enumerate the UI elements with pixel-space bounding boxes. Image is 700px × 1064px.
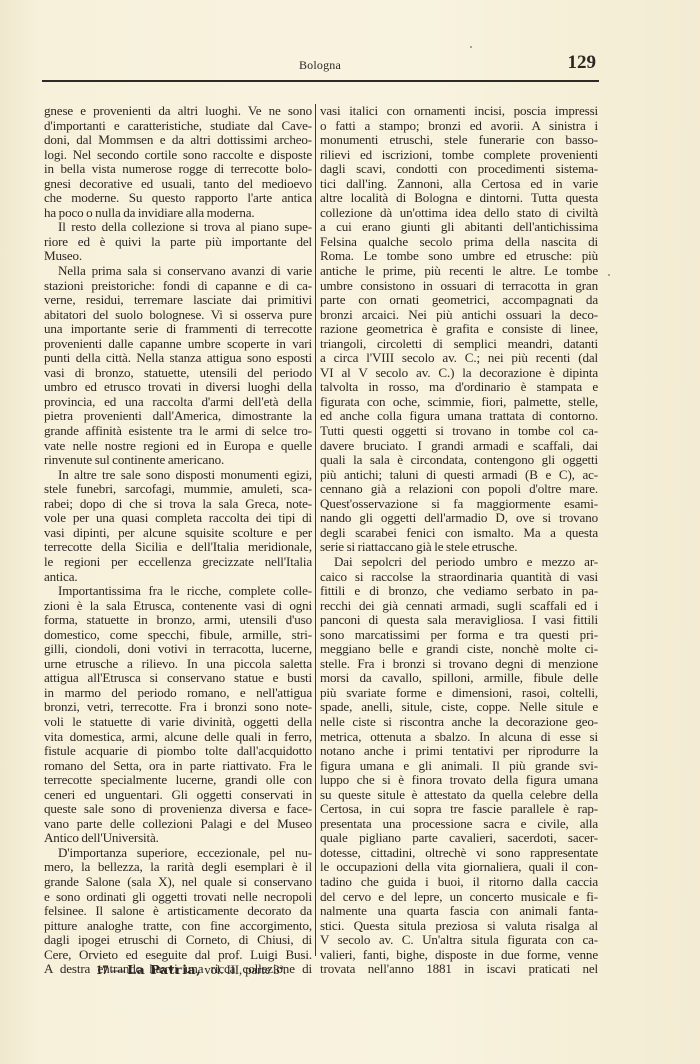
text-line: abitatori del suolo bolognese. Vi si oss… bbox=[44, 308, 312, 323]
paragraph: Il resto della collezione si trova al pi… bbox=[44, 220, 312, 264]
text-line: logi. Nel secondo cortile sono raccolte … bbox=[44, 148, 312, 163]
text-line: gnesi decorative ed usuali, tanto del me… bbox=[44, 177, 312, 192]
text-line: dagli scavi, condotti con procedimenti s… bbox=[320, 162, 598, 177]
text-line: grande Salone (sala X), nel quale si con… bbox=[44, 875, 312, 890]
text-line: Tutti questi oggetti si trovano in tombe… bbox=[320, 424, 598, 439]
text-line: collezione dà un'ottima idea dello stato… bbox=[320, 206, 598, 221]
paragraph: D'importanza superiore, eccezionale, pel… bbox=[44, 846, 312, 977]
text-line: triangoli, circoletti di semplici meandr… bbox=[320, 337, 598, 352]
paragraph: Nella prima sala si conservano avanzi di… bbox=[44, 264, 312, 468]
running-title: Bologna bbox=[42, 58, 598, 73]
left-text-column: gnese e provenienti da altri luoghi. Ve … bbox=[44, 104, 312, 977]
right-text-column: vasi italici con ornamenti incisi, posci… bbox=[320, 104, 598, 977]
text-line: pietra provenienti dall'America, dimostr… bbox=[44, 409, 312, 424]
text-line: degli scarabei fenici con ismalto. Ma a … bbox=[320, 526, 598, 541]
text-line: valieri, fanti, bighe, disposte in due f… bbox=[320, 948, 598, 963]
text-line: figura umana e gli animali. Il più grand… bbox=[320, 759, 598, 774]
text-line: cennano già a relazioni con popoli d'olt… bbox=[320, 482, 598, 497]
text-line: forma, statuette in bronzo, armi, utensi… bbox=[44, 613, 312, 628]
text-line: talvolta in rosso, ma d'ordinario è stam… bbox=[320, 380, 598, 395]
text-line: Cere, Orvieto ed eseguite dal prof. Luig… bbox=[44, 948, 312, 963]
text-line: terrecotte specialmente lucerne, grandi … bbox=[44, 773, 312, 788]
text-line: ha poco o nulla da invidiare alla modern… bbox=[44, 206, 312, 221]
text-line: Dai sepolcri del periodo umbro e mezzo a… bbox=[320, 555, 598, 570]
text-line: felsinee. Il salone è artisticamente dec… bbox=[44, 904, 312, 919]
text-line: rilievi ed iscrizioni, tombe complete pr… bbox=[320, 148, 598, 163]
text-line: tadino che guida i buoi, il ritorno dall… bbox=[320, 875, 598, 890]
text-line: figurata con oche, scimmie, fiori, palme… bbox=[320, 395, 598, 410]
text-line: spade, anelli, situle, ciste, coppe. Nel… bbox=[320, 700, 598, 715]
text-line: gilli, ciondoli, doni votivi in terracot… bbox=[44, 642, 312, 657]
header-rule bbox=[42, 80, 599, 82]
text-line: V secolo av. C. Un'altra situla figurata… bbox=[320, 933, 598, 948]
text-line: che moderne. Su questo rapporto l'arte a… bbox=[44, 191, 312, 206]
text-line: dotesse, cittadini, oltrechè vi sono rap… bbox=[320, 846, 598, 861]
text-line: antica. bbox=[44, 570, 312, 585]
text-line: In altre tre sale sono disposti monument… bbox=[44, 468, 312, 483]
text-line: umbre consistono in ossuari di terracott… bbox=[320, 279, 598, 294]
text-line: quale pigliano parte cavalieri, sacerdot… bbox=[320, 831, 598, 846]
text-line: a circa l'VIII secolo av. C.; nei più re… bbox=[320, 351, 598, 366]
text-line: Roma. Le tombe sono umbre ed etrusche: p… bbox=[320, 249, 598, 264]
text-line: Importantissima fra le ricche, complete … bbox=[44, 584, 312, 599]
text-line: mero, la bellezza, la rarità degli esemp… bbox=[44, 860, 312, 875]
text-line: gnese e provenienti da altri luoghi. Ve … bbox=[44, 104, 312, 119]
text-line: bronzi, vetri, terrecotte. Fra i bronzi … bbox=[44, 700, 312, 715]
text-line: romano del Setta, ora in parte riattivat… bbox=[44, 759, 312, 774]
text-line: ceneri ed unguentari. Gli oggetti conser… bbox=[44, 788, 312, 803]
text-line: una importante serie di frammenti di ter… bbox=[44, 322, 312, 337]
text-line: stele funebri, sarcofagi, mummie, amulet… bbox=[44, 482, 312, 497]
text-line: umbro ed etrusco trovati in diversi luog… bbox=[44, 380, 312, 395]
text-line: vano parte delle collezioni Palagi e del… bbox=[44, 817, 312, 832]
text-line: sono marcatissimi per forma e tra questi… bbox=[320, 628, 598, 643]
text-line: fistule acquarie di piombo tolte dall'ac… bbox=[44, 744, 312, 759]
running-head: Bologna 129 bbox=[42, 52, 598, 76]
text-line: caico si raccolse la straordinaria quant… bbox=[320, 570, 598, 585]
text-line: meggiano belle e grandi ciste, nonchè mo… bbox=[320, 642, 598, 657]
text-line: stazioni preistoriche: fondi di capanne … bbox=[44, 279, 312, 294]
text-line: rinvenute sul continente americano. bbox=[44, 453, 312, 468]
paragraph: gnese e provenienti da altri luoghi. Ve … bbox=[44, 104, 312, 220]
text-line: trovata nell'anno 1881 in iscavi pratica… bbox=[320, 962, 598, 977]
text-line: VI al V secolo av. C.) la decorazione è … bbox=[320, 366, 598, 381]
text-line: punti della città. Nella stanza attigua … bbox=[44, 351, 312, 366]
scan-speck bbox=[470, 46, 472, 48]
text-line: a cui erano giunti gli abitanti dell'ant… bbox=[320, 220, 598, 235]
text-line: più antichi; taluni di questi armadi (B … bbox=[320, 468, 598, 483]
text-line: in marmo del periodo romano, e nell'atti… bbox=[44, 686, 312, 701]
text-line: vasi italici con ornamenti incisi, posci… bbox=[320, 104, 598, 119]
text-line: rabei; dopo di che si trova la sala Grec… bbox=[44, 497, 312, 512]
text-line: riore ed è quivi la parte più importante… bbox=[44, 235, 312, 250]
text-line: notano anche i primi tentativi per ripro… bbox=[320, 744, 598, 759]
text-line: Antico dell'Università. bbox=[44, 831, 312, 846]
text-line: Quest'osservazione si fa maggiormente es… bbox=[320, 497, 598, 512]
text-line: Il resto della collezione si trova al pi… bbox=[44, 220, 312, 235]
text-line: Felsina qualche secolo prima della nasci… bbox=[320, 235, 598, 250]
scan-speck bbox=[608, 274, 610, 276]
text-line: le regioni per eccellenza grecizzate nel… bbox=[44, 555, 312, 570]
text-line: razione geometrica è grafita e consiste … bbox=[320, 322, 598, 337]
text-line: nelle ciste si riscontra anche la decora… bbox=[320, 715, 598, 730]
text-line: terrecotte della Sicilia e dell'Italia m… bbox=[44, 540, 312, 555]
text-line: nando gli oggetti dell'armadio D, ove si… bbox=[320, 511, 598, 526]
text-line: ed anche colla figura umana trattata di … bbox=[320, 409, 598, 424]
text-line: vasi dipinti, per alcune squisite scoltu… bbox=[44, 526, 312, 541]
text-line: verne, residui, terremare lasciate dai p… bbox=[44, 293, 312, 308]
text-line: antiche le prime, più recenti le altre. … bbox=[320, 264, 598, 279]
publication-title: La Patria, bbox=[127, 962, 201, 977]
text-line: e sono ordinati gli oggetti trovati nell… bbox=[44, 890, 312, 905]
text-line: nalmente una quarta fascia con animali f… bbox=[320, 904, 598, 919]
text-line: Certosa, in cui sopra tre fascie paralle… bbox=[320, 802, 598, 817]
text-line: fittili e di bronzo, che vediamo serbato… bbox=[320, 584, 598, 599]
text-line: vate nelle nostre regioni ed in Europa e… bbox=[44, 439, 312, 454]
text-line: domestico, come specchi, fibule, armille… bbox=[44, 628, 312, 643]
paragraph: vasi italici con ornamenti incisi, posci… bbox=[320, 104, 598, 555]
signature-number: 17 — bbox=[96, 963, 124, 977]
text-line: provincia, ed una raccolta d'armi dell'e… bbox=[44, 395, 312, 410]
text-line: doni, dal Mommsen e da altri dottissimi … bbox=[44, 133, 312, 148]
text-line: Nella prima sala si conservano avanzi di… bbox=[44, 264, 312, 279]
text-line: monumenti etruschi, stele funerarie con … bbox=[320, 133, 598, 148]
text-line: Museo. bbox=[44, 249, 312, 264]
text-line: recchi dei già cennati armadi, sugli sca… bbox=[320, 599, 598, 614]
paragraph: Importantissima fra le ricche, complete … bbox=[44, 584, 312, 846]
text-line: vole per una quasi completa raccolta dei… bbox=[44, 511, 312, 526]
page-number: 129 bbox=[568, 52, 597, 74]
text-line: davere bruciato. I grandi armadi e scaff… bbox=[320, 439, 598, 454]
text-line: luppo che si è finora trovato della figu… bbox=[320, 773, 598, 788]
text-line: pitture analoghe tratte, con fine accorg… bbox=[44, 919, 312, 934]
footer-signature: 17 — La Patria, vol. III, parte 3ª. bbox=[96, 962, 286, 978]
text-line: D'importanza superiore, eccezionale, pel… bbox=[44, 846, 312, 861]
text-line: parte con ornati geometrici, accompagnat… bbox=[320, 293, 598, 308]
paragraph: Dai sepolcri del periodo umbro e mezzo a… bbox=[320, 555, 598, 977]
text-line: queste sale sono di provenienza diversa … bbox=[44, 802, 312, 817]
text-line: metrica, ottenuta a sbalzo. In alcuna di… bbox=[320, 730, 598, 745]
text-line: più svariate forme e dimensioni, rasoi, … bbox=[320, 686, 598, 701]
text-line: bronzi arcaici. Nei più antichi ossuari … bbox=[320, 308, 598, 323]
text-line: grande affinità esistente tra le armi di… bbox=[44, 424, 312, 439]
text-line: vasi di bronzo, statuette, utensili del … bbox=[44, 366, 312, 381]
text-line: zioni è la sala Etrusca, contenente vasi… bbox=[44, 599, 312, 614]
text-line: presentata una processione sacra e civil… bbox=[320, 817, 598, 832]
text-line: provenienti dalle capanne umbre scoperte… bbox=[44, 337, 312, 352]
text-line: le occupazioni della vita giornaliera, q… bbox=[320, 860, 598, 875]
text-line: su queste situle è attestato da quella c… bbox=[320, 788, 598, 803]
text-line: voli le statuette di varie divinità, ogg… bbox=[44, 715, 312, 730]
text-line: del cervo e del lepre, un concerto music… bbox=[320, 890, 598, 905]
text-line: d'importanti e caratteristiche, studiate… bbox=[44, 119, 312, 134]
text-line: vita domestica, armi, alcune delle quali… bbox=[44, 730, 312, 745]
text-line: stelle. Fra i bronzi si trovano degni di… bbox=[320, 657, 598, 672]
text-line: panconi di questa sala meravigliosa. I v… bbox=[320, 613, 598, 628]
text-line: serie si riattaccano già le stele etrusc… bbox=[320, 540, 598, 555]
paragraph: In altre tre sale sono disposti monument… bbox=[44, 468, 312, 584]
text-line: altre località di Bologna e dintorni. Tu… bbox=[320, 191, 598, 206]
column-divider bbox=[315, 104, 316, 956]
text-line: o fatti a stampo; bronzi ed avorii. A si… bbox=[320, 119, 598, 134]
volume-info: vol. III, parte 3ª. bbox=[204, 963, 286, 977]
text-line: urne etrusche a rilievo. In una piccola … bbox=[44, 657, 312, 672]
text-line: quali la sala è circondata, contengono g… bbox=[320, 453, 598, 468]
text-line: attigua all'Etrusca si conservano statue… bbox=[44, 671, 312, 686]
text-line: tici dall'ing. Zannoni, alla Certosa ed … bbox=[320, 177, 598, 192]
text-line: dagli ipogei etruschi di Corneto, di Chi… bbox=[44, 933, 312, 948]
text-line: stici. Questa situla preziosa si valuta … bbox=[320, 919, 598, 934]
text-line: in bella vista numerose rogge di terreco… bbox=[44, 162, 312, 177]
text-line: morsi da cavallo, spilloni, armille, fib… bbox=[320, 671, 598, 686]
